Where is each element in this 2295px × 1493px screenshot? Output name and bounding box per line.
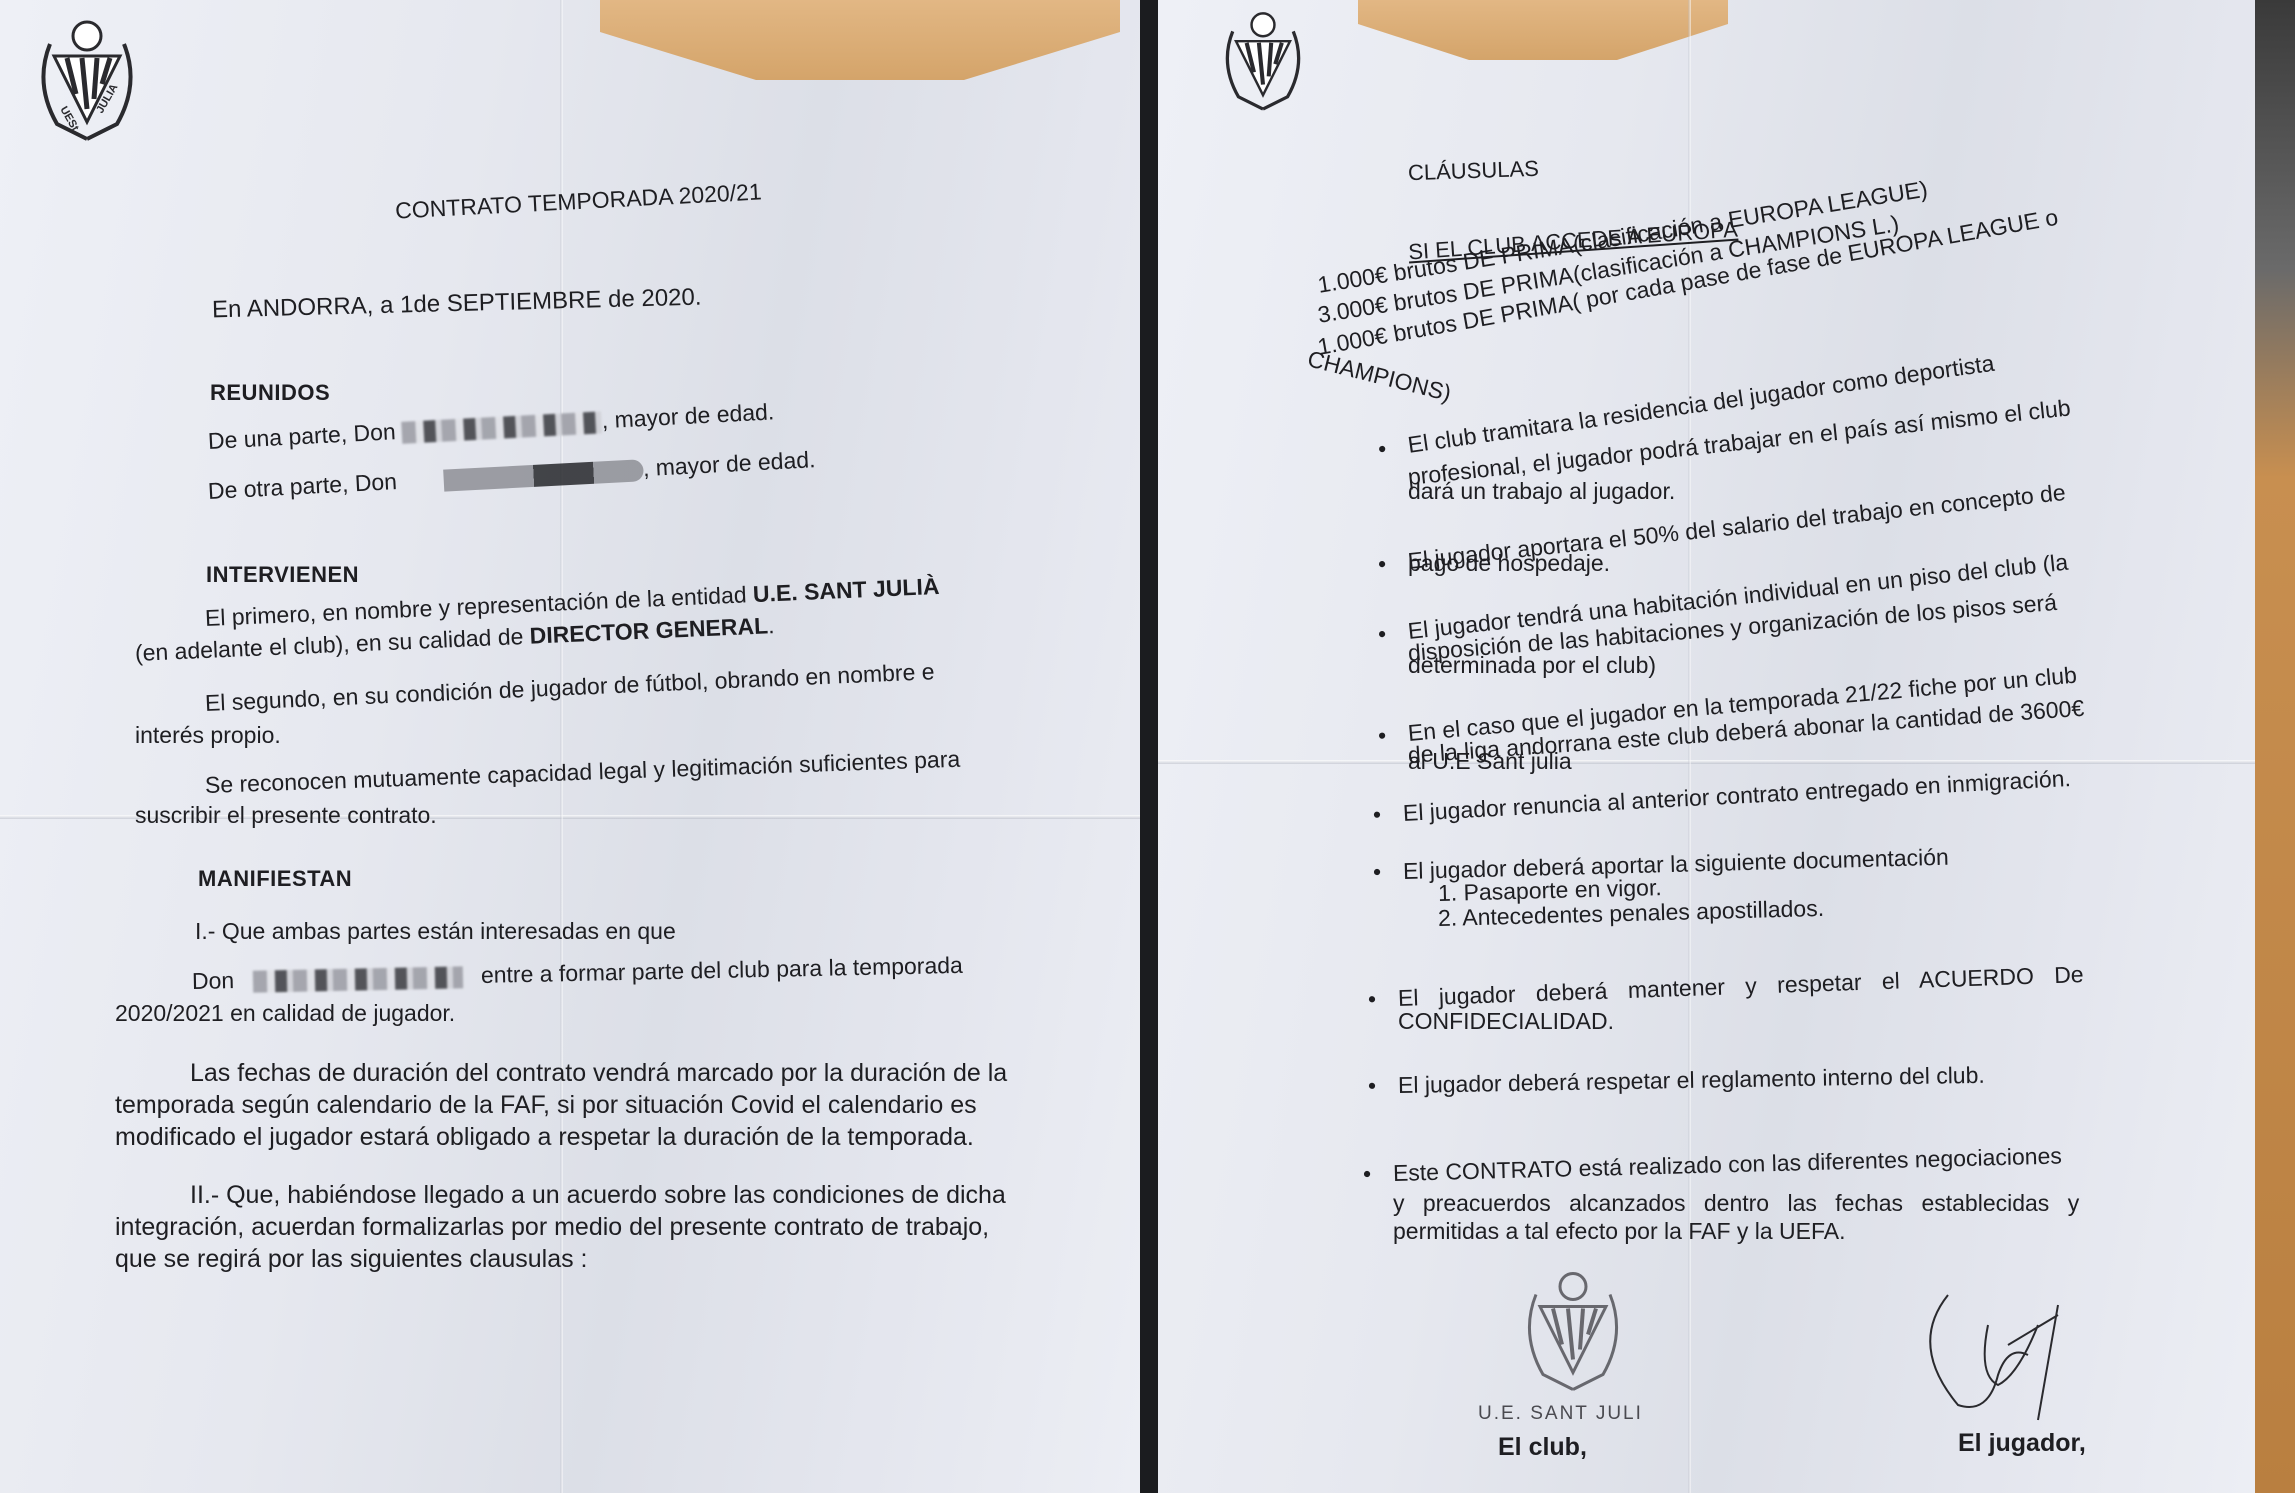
section-heading-intervienen: INTERVIENEN bbox=[206, 562, 359, 588]
clausulas-heading: CLÁUSULAS bbox=[1408, 156, 1540, 187]
club-stamp-text: U.E. SANT JULI bbox=[1478, 1403, 1643, 1426]
party-line-2: De otra parte, Don , mayor de edad. bbox=[207, 446, 816, 505]
contract-page-1: UESt JULIA CONTRATO TEMPORADA 2020/21 En… bbox=[0, 0, 1140, 1493]
club-signature-label: El club, bbox=[1498, 1432, 1587, 1462]
intervienen-p3-line2: suscribir el presente contrato. bbox=[135, 802, 437, 830]
redacted-name bbox=[252, 966, 462, 992]
manifiestan-don-line2: 2020/2021 en calidad de jugador. bbox=[115, 1000, 455, 1028]
redacted-name bbox=[443, 459, 644, 491]
left-page-photo: UESt JULIA CONTRATO TEMPORADA 2020/21 En… bbox=[0, 0, 1140, 1493]
right-page-photo: CLÁUSULAS SI EL CLUB ACCEDE A EUROPA 1.0… bbox=[1158, 0, 2295, 1493]
party-line-1: De una parte, Don , mayor de edad. bbox=[207, 398, 775, 455]
ii-line1: II.- Que, habiéndose llegado a un acuerd… bbox=[190, 1180, 1006, 1210]
fechas-line1: Las fechas de duración del contrato vend… bbox=[190, 1058, 1007, 1088]
clause-line: permitidas a tal efecto por la FAF y la … bbox=[1393, 1218, 1846, 1246]
contract-page-2: CLÁUSULAS SI EL CLUB ACCEDE A EUROPA 1.0… bbox=[1158, 0, 2255, 1493]
intervienen-p2-line2: interés propio. bbox=[135, 722, 281, 750]
clause-line: dará un trabajo al jugador. bbox=[1408, 478, 1675, 506]
clause-line: pago de hospedaje. bbox=[1408, 550, 1610, 578]
clause-item: El jugador deberá mantener y respetar el… bbox=[1398, 961, 2085, 1013]
intervienen-p3-line1: Se reconocen mutuamente capacidad legal … bbox=[205, 746, 961, 800]
section-heading-manifiestan: MANIFIESTAN bbox=[198, 866, 352, 892]
clause-line: determinada por el club) bbox=[1408, 652, 1656, 680]
redacted-name bbox=[402, 411, 603, 443]
player-signature bbox=[1918, 1285, 2068, 1425]
paper-torn-edge bbox=[1358, 0, 1728, 60]
paper-fold bbox=[1158, 760, 2255, 764]
place-date: En ANDORRA, a 1de SEPTIEMBRE de 2020. bbox=[212, 284, 702, 326]
clause-line: y preacuerdos alcanzados dentro las fech… bbox=[1393, 1190, 2079, 1218]
ii-line3: que se regirá por las siguientes clausul… bbox=[115, 1244, 588, 1274]
fechas-line3: modificado el jugador estará obligado a … bbox=[115, 1122, 974, 1152]
club-stamp-icon bbox=[1518, 1262, 1628, 1397]
bonus-continuation: CHAMPIONS) bbox=[1305, 345, 1454, 407]
player-signature-label: El jugador, bbox=[1958, 1428, 2086, 1458]
section-heading-reunidos: REUNIDOS bbox=[210, 380, 330, 406]
ii-line2: integración, acuerdan formalizarlas por … bbox=[115, 1212, 989, 1242]
fechas-line2: temporada según calendario de la FAF, si… bbox=[115, 1090, 977, 1120]
clause-item: Este CONTRATO está realizado con las dif… bbox=[1393, 1142, 2063, 1187]
club-crest-icon: UESt JULIA bbox=[32, 14, 142, 144]
paper-torn-edge bbox=[600, 0, 1120, 80]
svg-text:UESt: UESt bbox=[57, 105, 81, 134]
clause-item: El jugador deberá respetar el reglamento… bbox=[1398, 1062, 1985, 1100]
clause-line: CONFIDECIALIDAD. bbox=[1398, 1008, 1614, 1036]
manifiestan-i-line: I.- Que ambas partes están interesadas e… bbox=[195, 918, 676, 946]
intervienen-p2-line1: El segundo, en su condición de jugador d… bbox=[204, 658, 935, 717]
club-crest-icon bbox=[1218, 0, 1308, 120]
contract-title: CONTRATO TEMPORADA 2020/21 bbox=[395, 178, 763, 225]
clause-line: al U.E Sant julia bbox=[1408, 748, 1572, 776]
manifiestan-don-line: Don entre a formar parte del club para l… bbox=[192, 952, 963, 996]
